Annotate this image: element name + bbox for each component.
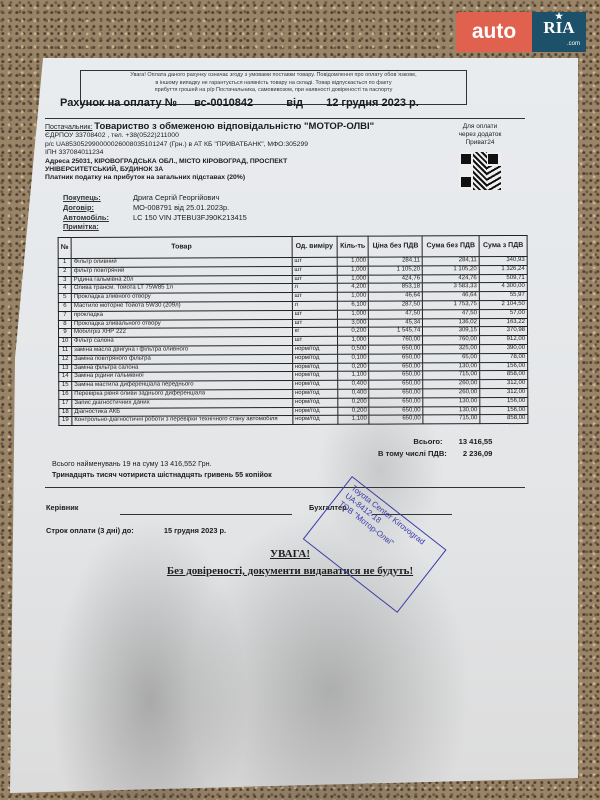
totals: Всього:13 416,55 В тому числі ПДВ:2 236,… xyxy=(378,436,492,460)
table-cell: 130,00 xyxy=(423,362,480,371)
table-cell: 1 105,20 xyxy=(369,266,423,275)
privat24-payment: Для оплати через додаток Приват24 xyxy=(448,123,512,147)
table-cell: 1,000 xyxy=(337,310,369,319)
table-cell: норм/год xyxy=(293,407,338,416)
table-cell: 9 xyxy=(58,329,71,338)
table-cell: 55,97 xyxy=(479,292,527,301)
table-cell: шт xyxy=(292,319,337,328)
table-cell: 4,200 xyxy=(337,284,369,293)
table-cell: 715,00 xyxy=(423,371,480,380)
table-cell: 0,400 xyxy=(337,389,369,398)
table-cell: 1 105,20 xyxy=(423,265,480,274)
table-cell: 312,00 xyxy=(480,388,528,397)
table-cell: 45,34 xyxy=(369,319,423,328)
table-cell: 340,93 xyxy=(479,256,527,265)
table-cell: 650,00 xyxy=(369,354,423,363)
table-cell: 325,00 xyxy=(423,345,480,354)
watermark-auto: auto xyxy=(456,12,532,52)
table-cell: норм/год xyxy=(292,380,337,389)
vat-amount: 2 236,09 xyxy=(463,448,493,460)
amount-in-words: Тринадцять тисяч чотириста шістнадцять г… xyxy=(52,469,272,480)
table-cell: 260,00 xyxy=(423,380,480,389)
table-cell: л xyxy=(292,301,337,310)
table-cell: шт xyxy=(292,292,337,301)
table-cell: 715,00 xyxy=(423,415,480,424)
table-cell: л xyxy=(292,284,337,293)
invoice-number: вс-0010842 xyxy=(194,97,253,109)
table-cell: шт xyxy=(292,266,337,275)
table-cell: 2 104,50 xyxy=(479,300,527,309)
table-cell: 1 xyxy=(58,258,71,267)
table-cell: 0,200 xyxy=(337,328,369,337)
autoria-watermark: auto ★ RIA .com xyxy=(456,12,586,52)
table-cell: 1 326,24 xyxy=(479,265,527,274)
table-cell: 3 583,33 xyxy=(423,283,480,292)
table-cell: норм/год xyxy=(292,345,337,354)
column-header: Кіль-ть xyxy=(337,236,369,257)
table-cell: 287,50 xyxy=(369,301,423,310)
table-cell: 284,11 xyxy=(422,257,479,266)
table-cell: 156,00 xyxy=(480,362,528,371)
table-cell: 1 753,75 xyxy=(423,301,480,310)
table-cell: 760,00 xyxy=(423,336,480,345)
column-header: Сума з ПДВ xyxy=(479,235,527,256)
watermark-ria: ★ RIA .com xyxy=(532,12,586,52)
table-cell: 912,00 xyxy=(480,336,528,345)
table-cell: 4 xyxy=(58,285,71,294)
table-cell: 130,00 xyxy=(423,406,480,415)
table-cell: норм/год xyxy=(292,363,337,372)
table-cell: 650,00 xyxy=(369,398,423,407)
table-cell: 47,50 xyxy=(369,310,423,319)
table-cell: 853,18 xyxy=(369,283,423,292)
table-cell: 78,00 xyxy=(480,353,528,362)
table-cell: 57,00 xyxy=(479,309,527,318)
divider xyxy=(45,118,525,119)
table-cell: 424,76 xyxy=(369,275,423,284)
table-cell: 1,000 xyxy=(337,257,369,266)
table-cell: 0,200 xyxy=(337,363,369,372)
table-cell: 14 xyxy=(59,373,72,382)
table-cell: 16 xyxy=(59,390,72,399)
table-cell: 13 xyxy=(59,364,72,373)
table-cell: 156,00 xyxy=(480,406,528,415)
table-cell: 4 300,00 xyxy=(479,283,527,292)
table-cell: норм/год xyxy=(292,354,337,363)
director-signature-line xyxy=(120,514,292,515)
buyer-name: Дрига Сергій Георгійович xyxy=(133,193,219,203)
table-cell: 1,100 xyxy=(337,416,369,425)
table-cell: 5 xyxy=(58,294,71,303)
supplier-name: Товариство з обмеженою відповідальністю … xyxy=(94,121,374,132)
divider xyxy=(45,487,525,488)
table-cell: 309,15 xyxy=(423,327,480,336)
contract: МО-008791 від 25.01.2023р. xyxy=(133,203,229,213)
invoice-date: 12 грудня 2023 р. xyxy=(326,97,419,109)
table-cell: 12 xyxy=(59,355,72,364)
table-cell: 2 xyxy=(58,267,71,276)
table-cell: 650,00 xyxy=(369,380,423,389)
table-cell: 1 545,74 xyxy=(369,327,423,336)
column-header: Сума без ПДВ xyxy=(422,236,479,257)
column-header: Ціна без ПДВ xyxy=(369,236,423,257)
table-cell: шт xyxy=(292,310,337,319)
table-cell: 858,00 xyxy=(480,371,528,380)
table-cell: 6,100 xyxy=(337,301,369,310)
amount-summary: Всього найменувань 19 на суму 13 416,552… xyxy=(52,458,272,480)
table-cell: 858,00 xyxy=(480,415,528,424)
total-amount: 13 416,55 xyxy=(459,436,493,448)
table-cell: 19 xyxy=(59,417,72,426)
table-cell: 260,00 xyxy=(423,389,480,398)
invoice-title: Рахунок на оплату № вс-0010842 від 12 гр… xyxy=(60,97,433,109)
table-cell: 163,22 xyxy=(479,318,527,327)
table-cell: 424,76 xyxy=(423,274,480,283)
column-header: № xyxy=(58,237,71,258)
table-cell: 650,00 xyxy=(369,389,423,398)
table-cell: 1,000 xyxy=(337,336,369,345)
table-cell: 509,71 xyxy=(479,274,527,283)
table-cell: 650,00 xyxy=(369,345,423,354)
table-cell: 46,64 xyxy=(369,292,423,301)
table-cell: 15 xyxy=(59,382,72,391)
table-cell: 1,000 xyxy=(337,275,369,284)
table-cell: 1,100 xyxy=(337,372,369,381)
table-cell: 156,00 xyxy=(480,397,528,406)
table-cell: 11 xyxy=(59,346,72,355)
column-header: Од. виміру xyxy=(292,236,337,257)
table-cell: 1,000 xyxy=(337,266,369,275)
table-cell: 0,200 xyxy=(337,398,369,407)
vehicle: LC 150 VIN JTEBU3FJ90K213415 xyxy=(133,213,247,223)
table-cell: шт xyxy=(292,275,337,284)
qr-code-icon[interactable] xyxy=(459,152,501,190)
table-cell: 8 xyxy=(58,320,71,329)
table-cell: 650,00 xyxy=(369,371,423,380)
table-cell: шт xyxy=(292,336,337,345)
table-cell: 650,00 xyxy=(369,415,423,424)
table-cell: 47,50 xyxy=(423,309,480,318)
table-cell: 650,00 xyxy=(369,362,423,371)
table-cell: 284,11 xyxy=(369,257,423,266)
table-cell: 10 xyxy=(59,338,72,347)
table-cell: 1,000 xyxy=(337,292,369,301)
payment-due: Строк оплати (3 дні) до: 15 грудня 2023 … xyxy=(46,526,226,535)
table-cell: 0,100 xyxy=(337,354,369,363)
items-table: №ТоварОд. виміруКіль-тьЦіна без ПДВСума … xyxy=(58,235,529,426)
table-cell: 3 xyxy=(58,276,71,285)
table-cell: 312,00 xyxy=(480,380,528,389)
table-cell: 650,00 xyxy=(369,406,423,415)
table-cell: 46,64 xyxy=(423,292,480,301)
table-cell: норм/год xyxy=(293,416,338,425)
table-cell: 3,000 xyxy=(337,319,369,328)
due-date: 15 грудня 2023 р. xyxy=(164,526,226,535)
director-label: Керівник xyxy=(46,503,78,512)
table-cell: 6 xyxy=(58,302,71,311)
table-cell: 0,200 xyxy=(337,407,369,416)
supplier-block: Постачальник: Товариство з обмеженою від… xyxy=(45,123,415,183)
table-cell: шт xyxy=(292,257,337,266)
table-cell: 130,00 xyxy=(423,397,480,406)
table-cell: 136,02 xyxy=(423,318,480,327)
buyer-block: Покупець:Дрига Сергій Георгійович Догові… xyxy=(63,193,247,232)
table-cell: 0,500 xyxy=(337,345,369,354)
table-cell: 390,00 xyxy=(480,344,528,353)
table-row: 19Контрольно-діагностичні роботи з перев… xyxy=(59,415,528,426)
table-cell: 7 xyxy=(58,311,71,320)
table-cell: 760,00 xyxy=(369,336,423,345)
table-cell: 18 xyxy=(59,408,72,417)
table-cell: 17 xyxy=(59,399,72,408)
table-cell: норм/год xyxy=(292,389,337,398)
table-cell: 370,98 xyxy=(479,327,527,336)
table-cell: норм/год xyxy=(292,372,337,381)
table-cell: 0,400 xyxy=(337,380,369,389)
table-cell: норм/год xyxy=(292,398,337,407)
column-header: Товар xyxy=(71,237,292,259)
table-cell: Контрольно-діагностичні роботи з перевір… xyxy=(72,416,293,426)
table-cell: кг xyxy=(292,328,337,337)
table-cell: 65,00 xyxy=(423,353,480,362)
